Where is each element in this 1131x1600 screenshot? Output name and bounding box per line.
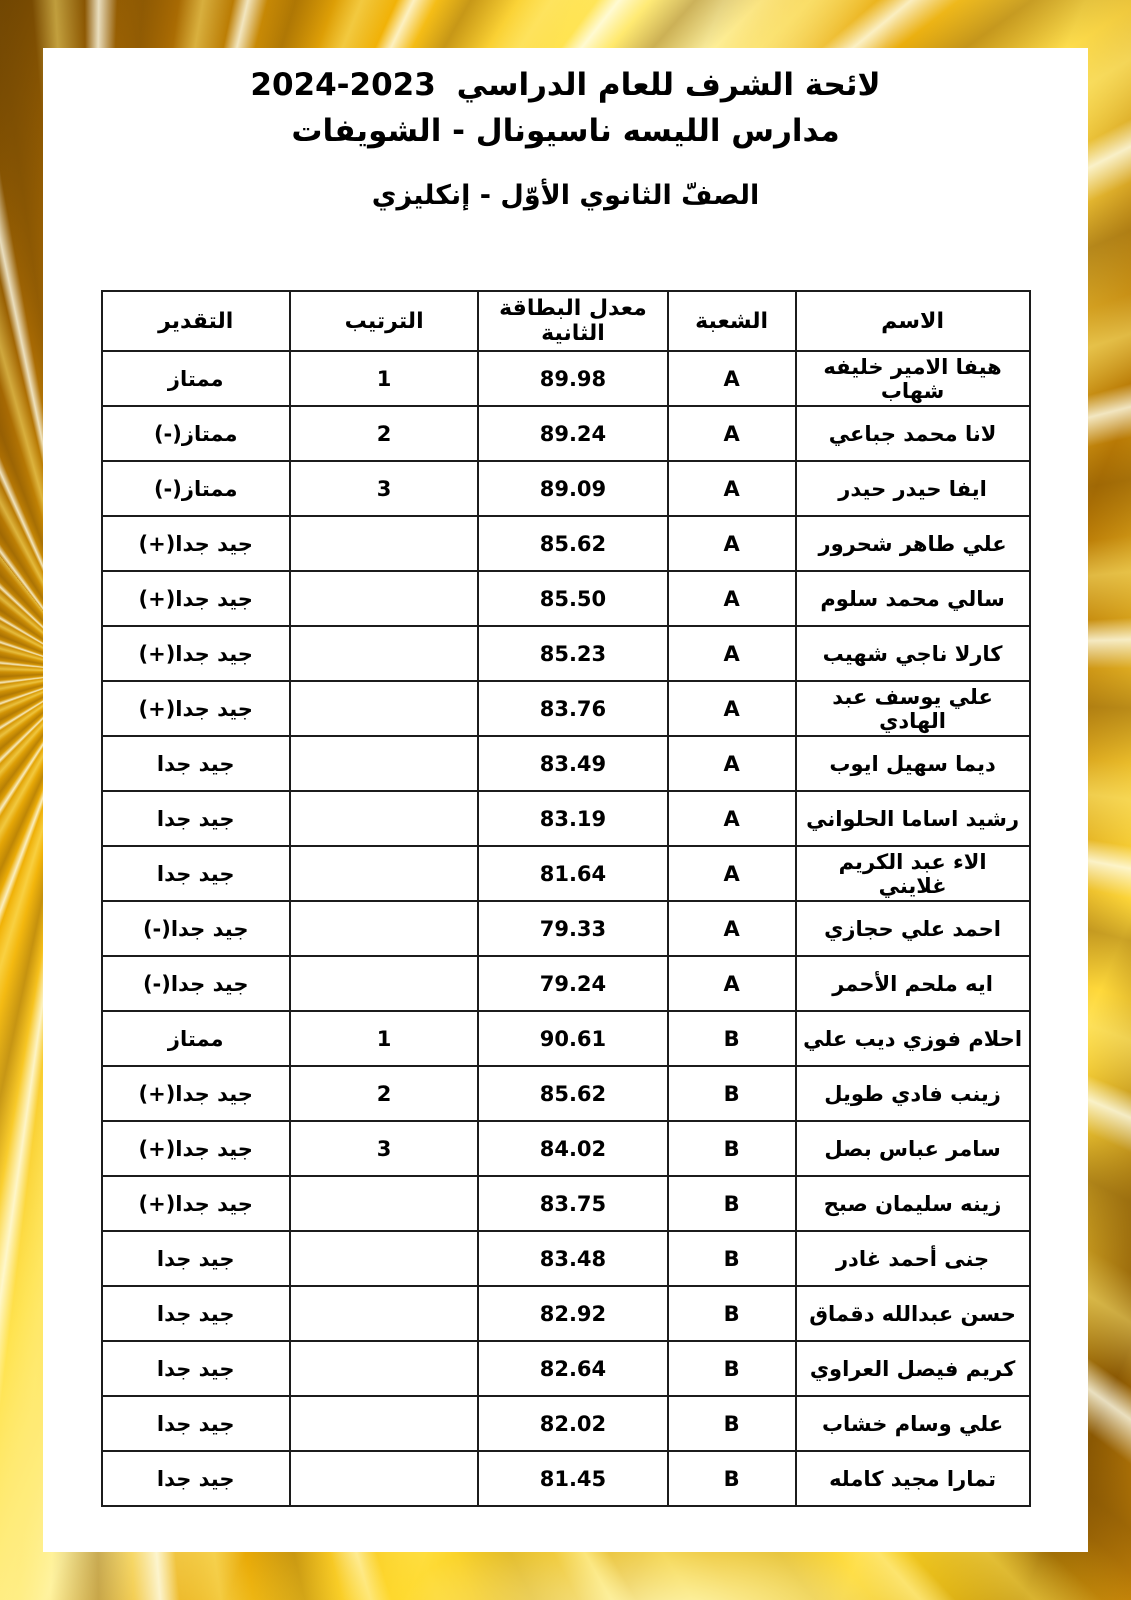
rank-cell: 2 <box>290 406 478 461</box>
student-name-cell: رشيد اساما الحلواني <box>796 791 1030 846</box>
column-header-name: الاسم <box>796 291 1030 351</box>
table-row: هيفا الامير خليفه شهاب A 89.98 1 ممتاز <box>102 351 1030 406</box>
rank-cell <box>290 516 478 571</box>
document-header: لائحة الشرف للعام الدراسي 2024-2023 مدار… <box>43 48 1088 216</box>
rank-cell <box>290 901 478 956</box>
average-cell: 89.24 <box>478 406 667 461</box>
grade-cell: ممتاز <box>102 351 290 406</box>
grade-cell: جيد جدا <box>102 791 290 846</box>
section-cell: B <box>668 1066 796 1121</box>
student-name-cell: زينب فادي طويل <box>796 1066 1030 1121</box>
grade-cell: ممتاز(-) <box>102 406 290 461</box>
student-name-cell: ديما سهيل ايوب <box>796 736 1030 791</box>
average-cell: 85.62 <box>478 1066 667 1121</box>
section-cell: B <box>668 1451 796 1506</box>
academic-year: 2024-2023 <box>250 67 435 103</box>
table-row: علي وسام خشاب B 82.02 جيد جدا <box>102 1396 1030 1451</box>
student-name-cell: هيفا الامير خليفه شهاب <box>796 351 1030 406</box>
average-cell: 83.75 <box>478 1176 667 1231</box>
rank-cell <box>290 626 478 681</box>
section-cell: A <box>668 736 796 791</box>
average-cell: 84.02 <box>478 1121 667 1176</box>
rank-cell <box>290 1231 478 1286</box>
table-row: كارلا ناجي شهيب A 85.23 جيد جدا(+) <box>102 626 1030 681</box>
grade-cell: جيد جدا(-) <box>102 956 290 1011</box>
rank-cell: 3 <box>290 461 478 516</box>
rank-cell <box>290 1396 478 1451</box>
section-cell: B <box>668 1341 796 1396</box>
class-subtitle: الصفّ الثانوي الأوّل - إنكليزي <box>43 176 1088 216</box>
table-row: حسن عبدالله دقماق B 82.92 جيد جدا <box>102 1286 1030 1341</box>
average-cell: 85.50 <box>478 571 667 626</box>
honor-table-body: هيفا الامير خليفه شهاب A 89.98 1 ممتاز ل… <box>102 351 1030 1506</box>
table-header-row: الاسم الشعبة معدل البطاقة الثانية الترتي… <box>102 291 1030 351</box>
table-row: زينب فادي طويل B 85.62 2 جيد جدا(+) <box>102 1066 1030 1121</box>
section-cell: A <box>668 956 796 1011</box>
rank-cell: 2 <box>290 1066 478 1121</box>
student-name-cell: لانا محمد جباعي <box>796 406 1030 461</box>
rank-cell: 1 <box>290 1011 478 1066</box>
column-header-section: الشعبة <box>668 291 796 351</box>
table-row: ايفا حيدر حيدر A 89.09 3 ممتاز(-) <box>102 461 1030 516</box>
student-name-cell: الاء عبد الكريم غلايني <box>796 846 1030 901</box>
rank-cell <box>290 846 478 901</box>
honor-roll-card: لائحة الشرف للعام الدراسي 2024-2023 مدار… <box>43 48 1088 1552</box>
table-row: لانا محمد جباعي A 89.24 2 ممتاز(-) <box>102 406 1030 461</box>
grade-cell: جيد جدا(-) <box>102 901 290 956</box>
grade-cell: جيد جدا <box>102 736 290 791</box>
average-cell: 90.61 <box>478 1011 667 1066</box>
rank-cell: 3 <box>290 1121 478 1176</box>
student-name-cell: تمارا مجيد كامله <box>796 1451 1030 1506</box>
rank-cell <box>290 1176 478 1231</box>
table-row: ديما سهيل ايوب A 83.49 جيد جدا <box>102 736 1030 791</box>
grade-cell: جيد جدا(+) <box>102 516 290 571</box>
student-name-cell: زينه سليمان صبح <box>796 1176 1030 1231</box>
rank-cell <box>290 736 478 791</box>
rank-cell <box>290 791 478 846</box>
average-cell: 83.19 <box>478 791 667 846</box>
average-cell: 83.76 <box>478 681 667 736</box>
section-cell: B <box>668 1286 796 1341</box>
section-cell: B <box>668 1121 796 1176</box>
student-name-cell: سامر عباس بصل <box>796 1121 1030 1176</box>
table-row: ايه ملحم الأحمر A 79.24 جيد جدا(-) <box>102 956 1030 1011</box>
average-cell: 82.92 <box>478 1286 667 1341</box>
section-cell: B <box>668 1231 796 1286</box>
average-cell: 82.64 <box>478 1341 667 1396</box>
average-cell: 83.48 <box>478 1231 667 1286</box>
section-cell: A <box>668 791 796 846</box>
page-background: { "page": { "title_text": "لائحة الشرف ل… <box>0 0 1131 1600</box>
average-cell: 81.45 <box>478 1451 667 1506</box>
column-header-rank: الترتيب <box>290 291 478 351</box>
table-row: احلام فوزي ديب علي B 90.61 1 ممتاز <box>102 1011 1030 1066</box>
grade-cell: جيد جدا <box>102 1451 290 1506</box>
grade-cell: جيد جدا <box>102 1231 290 1286</box>
grade-cell: جيد جدا(+) <box>102 626 290 681</box>
grade-cell: جيد جدا(+) <box>102 1176 290 1231</box>
grade-cell: جيد جدا <box>102 1341 290 1396</box>
table-row: زينه سليمان صبح B 83.75 جيد جدا(+) <box>102 1176 1030 1231</box>
section-cell: A <box>668 351 796 406</box>
rank-cell <box>290 681 478 736</box>
student-name-cell: سالي محمد سلوم <box>796 571 1030 626</box>
table-row: كريم فيصل العراوي B 82.64 جيد جدا <box>102 1341 1030 1396</box>
student-name-cell: احمد علي حجازي <box>796 901 1030 956</box>
grade-cell: جيد جدا <box>102 1396 290 1451</box>
section-cell: B <box>668 1176 796 1231</box>
student-name-cell: علي وسام خشاب <box>796 1396 1030 1451</box>
rank-cell <box>290 1451 478 1506</box>
section-cell: A <box>668 571 796 626</box>
student-name-cell: جنى أحمد غادر <box>796 1231 1030 1286</box>
student-name-cell: كارلا ناجي شهيب <box>796 626 1030 681</box>
grade-cell: ممتاز <box>102 1011 290 1066</box>
average-cell: 85.62 <box>478 516 667 571</box>
average-cell: 83.49 <box>478 736 667 791</box>
table-row: سالي محمد سلوم A 85.50 جيد جدا(+) <box>102 571 1030 626</box>
table-row: سامر عباس بصل B 84.02 3 جيد جدا(+) <box>102 1121 1030 1176</box>
section-cell: B <box>668 1011 796 1066</box>
grade-cell: جيد جدا(+) <box>102 1066 290 1121</box>
student-name-cell: احلام فوزي ديب علي <box>796 1011 1030 1066</box>
grade-cell: جيد جدا(+) <box>102 681 290 736</box>
average-cell: 81.64 <box>478 846 667 901</box>
table-row: علي طاهر شحرور A 85.62 جيد جدا(+) <box>102 516 1030 571</box>
student-name-cell: ايفا حيدر حيدر <box>796 461 1030 516</box>
school-name: مدارس الليسه ناسيونال - الشويفات <box>43 108 1088 154</box>
average-cell: 79.24 <box>478 956 667 1011</box>
table-row: رشيد اساما الحلواني A 83.19 جيد جدا <box>102 791 1030 846</box>
section-cell: A <box>668 461 796 516</box>
section-cell: A <box>668 681 796 736</box>
grade-cell: جيد جدا <box>102 1286 290 1341</box>
rank-cell <box>290 571 478 626</box>
rank-cell: 1 <box>290 351 478 406</box>
honor-table: الاسم الشعبة معدل البطاقة الثانية الترتي… <box>101 290 1031 1507</box>
column-header-grade: التقدير <box>102 291 290 351</box>
rank-cell <box>290 1341 478 1396</box>
grade-cell: جيد جدا(+) <box>102 571 290 626</box>
table-row: الاء عبد الكريم غلايني A 81.64 جيد جدا <box>102 846 1030 901</box>
average-cell: 82.02 <box>478 1396 667 1451</box>
page-title: لائحة الشرف للعام الدراسي 2024-2023 <box>43 62 1088 108</box>
section-cell: A <box>668 846 796 901</box>
grade-cell: جيد جدا <box>102 846 290 901</box>
table-row: علي يوسف عبد الهادي A 83.76 جيد جدا(+) <box>102 681 1030 736</box>
section-cell: A <box>668 901 796 956</box>
section-cell: B <box>668 1396 796 1451</box>
student-name-cell: حسن عبدالله دقماق <box>796 1286 1030 1341</box>
table-row: تمارا مجيد كامله B 81.45 جيد جدا <box>102 1451 1030 1506</box>
section-cell: A <box>668 406 796 461</box>
student-name-cell: كريم فيصل العراوي <box>796 1341 1030 1396</box>
student-name-cell: علي يوسف عبد الهادي <box>796 681 1030 736</box>
column-header-average: معدل البطاقة الثانية <box>478 291 667 351</box>
page-title-text: لائحة الشرف للعام الدراسي <box>457 67 881 103</box>
average-cell: 89.98 <box>478 351 667 406</box>
table-row: جنى أحمد غادر B 83.48 جيد جدا <box>102 1231 1030 1286</box>
student-name-cell: علي طاهر شحرور <box>796 516 1030 571</box>
section-cell: A <box>668 626 796 681</box>
average-cell: 85.23 <box>478 626 667 681</box>
student-name-cell: ايه ملحم الأحمر <box>796 956 1030 1011</box>
average-cell: 79.33 <box>478 901 667 956</box>
rank-cell <box>290 956 478 1011</box>
rank-cell <box>290 1286 478 1341</box>
grade-cell: ممتاز(-) <box>102 461 290 516</box>
table-row: احمد علي حجازي A 79.33 جيد جدا(-) <box>102 901 1030 956</box>
section-cell: A <box>668 516 796 571</box>
grade-cell: جيد جدا(+) <box>102 1121 290 1176</box>
average-cell: 89.09 <box>478 461 667 516</box>
